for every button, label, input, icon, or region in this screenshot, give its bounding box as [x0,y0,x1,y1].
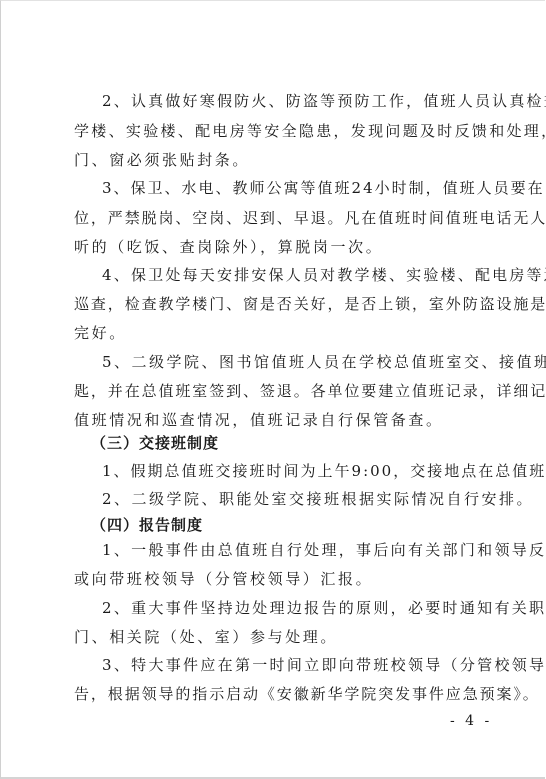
paragraph-line: 学楼、实验楼、配电房等安全隐患，发现问题及时反馈和处理， [74,122,546,140]
document-page: 2、认真做好寒假防火、防盗等预防工作，值班人员认真检查教 学楼、实验楼、配电房等… [0,0,545,779]
section-heading-reporting: （四）报告制度 [91,516,203,534]
paragraph-line: 听的（吃饭、查岗除外），算脱岗一次。 [74,238,383,256]
paragraph-line: 位，严禁脱岗、空岗、迟到、早退。凡在值班时间值班电话无人接 [74,209,546,227]
paragraph-line: 5、二级学院、图书馆值班人员在学校总值班室交、接值班钥 [102,353,546,371]
paragraph-line: 值班情况和巡查情况，值班记录自行保管备查。 [74,411,444,429]
paragraph-line: 4、保卫处每天安排安保人员对教学楼、实验楼、配电房等进行 [102,266,546,284]
paragraph-line: 匙，并在总值班室签到、签退。各单位要建立值班记录，详细记录 [74,382,546,400]
handover-item-2: 2、二级学院、职能处室交接班根据实际情况自行安排。 [102,490,534,508]
paragraph-line: 告，根据领导的指示启动《安徽新华学院突发事件应急预案》。 [74,685,540,703]
paragraph-line: 2、重大事件坚持边处理边报告的原则，必要时通知有关职能部 [102,599,546,617]
paragraph-line: 或向带班校领导（分管校领导）汇报。 [74,570,373,588]
paragraph-line: 2、认真做好寒假防火、防盗等预防工作，值班人员认真检查教 [102,92,546,110]
paragraph-line: 门、相关院（处、室）参与处理。 [74,628,338,646]
handover-item-1: 1、假期总值班交接班时间为上午9:00，交接地点在总值班室。 [102,462,546,480]
paragraph-line: 1、一般事件由总值班自行处理，事后向有关部门和领导反馈， [102,541,546,559]
paragraph-line: 完好。 [74,324,127,342]
paragraph-line: 门、窗必须张贴封条。 [74,151,250,169]
page-number: - 4 - [450,713,492,729]
paragraph-line: 3、特大事件应在第一时间立即向带班校领导（分管校领导）报 [102,656,546,674]
paragraph-line: 3、保卫、水电、教师公寓等值班24小时制，值班人员要在岗在 [102,179,546,197]
paragraph-line: 巡查，检查教学楼门、窗是否关好，是否上锁，室外防盗设施是否 [74,295,546,313]
section-heading-handover: （三）交接班制度 [91,434,219,452]
